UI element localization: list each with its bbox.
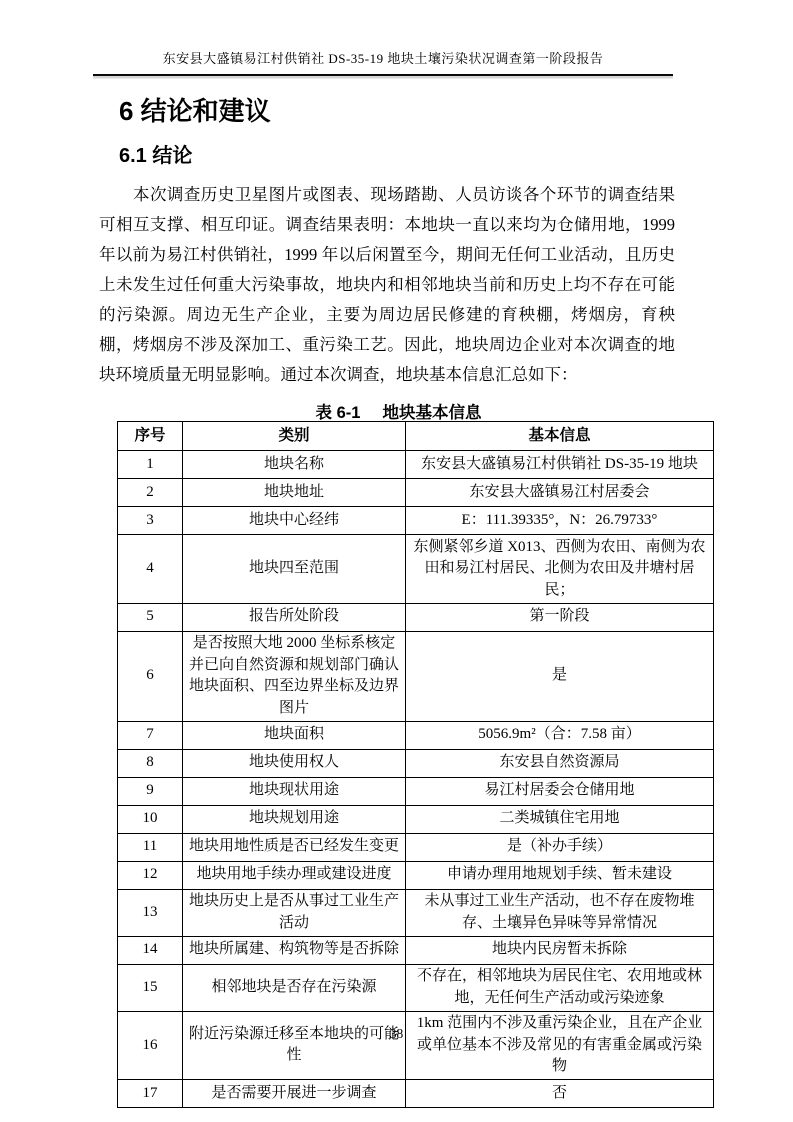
cell-category: 相邻地块是否存在污染源 — [183, 964, 406, 1011]
cell-index: 4 — [118, 535, 183, 604]
table-row: 4地块四至范围东侧紧邻乡道 X013、西侧为农田、南侧为农田和易江村居民、北侧为… — [118, 535, 714, 604]
table-row: 3地块中心经纬E：111.39335°，N：26.79733° — [118, 507, 714, 535]
table-row: 8地块使用权人东安县自然资源局 — [118, 749, 714, 777]
cell-index: 3 — [118, 507, 183, 535]
table-row: 11地块用地性质是否已经发生变更是（补办手续） — [118, 833, 714, 861]
table-caption-title: 地块基本信息 — [382, 404, 481, 422]
cell-info: 二类城镇住宅用地 — [406, 805, 714, 833]
cell-index: 1 — [118, 451, 183, 479]
cell-info: 否 — [406, 1080, 714, 1108]
cell-category: 地块四至范围 — [183, 535, 406, 604]
cell-category: 地块用地性质是否已经发生变更 — [183, 833, 406, 861]
cell-index: 10 — [118, 805, 183, 833]
table-row: 5报告所处阶段第一阶段 — [118, 603, 714, 631]
table-row: 13地块历史上是否从事过工业生产活动未从事过工业生产活动，也不存在废物堆存、土壤… — [118, 889, 714, 936]
cell-index: 12 — [118, 861, 183, 889]
table-row: 10地块规划用途二类城镇住宅用地 — [118, 805, 714, 833]
table-row: 15相邻地块是否存在污染源不存在，相邻地块为居民住宅、农用地或林地，无任何生产活… — [118, 964, 714, 1011]
cell-index: 2 — [118, 479, 183, 507]
cell-index: 14 — [118, 936, 183, 964]
table-row: 2地块地址东安县大盛镇易江村居委会 — [118, 479, 714, 507]
cell-index: 5 — [118, 603, 183, 631]
running-header-text: 东安县大盛镇易江村供销社 DS-35-19 地块土壤污染状况调查第一阶段报告 — [163, 51, 604, 66]
cell-category: 地块中心经纬 — [183, 507, 406, 535]
cell-info: 东侧紧邻乡道 X013、西侧为农田、南侧为农田和易江村居民、北侧为农田及井塘村居… — [406, 535, 714, 604]
cell-info: 东安县大盛镇易江村居委会 — [406, 479, 714, 507]
table-row: 17是否需要开展进一步调查否 — [118, 1080, 714, 1108]
table-row: 6是否按照大地 2000 坐标系核定并已向自然资源和规划部门确认地块面积、四至边… — [118, 631, 714, 721]
cell-category: 地块所属建、构筑物等是否拆除 — [183, 936, 406, 964]
cell-index: 8 — [118, 749, 183, 777]
cell-index: 9 — [118, 777, 183, 805]
table-row: 12地块用地手续办理或建设进度申请办理用地规划手续、暂未建设 — [118, 861, 714, 889]
cell-category: 是否按照大地 2000 坐标系核定并已向自然资源和规划部门确认地块面积、四至边界… — [183, 631, 406, 721]
cell-category: 附近污染源迁移至本地块的可能性 — [183, 1011, 406, 1080]
cell-info: 是（补办手续） — [406, 833, 714, 861]
cell-info: 未从事过工业生产活动，也不存在废物堆存、土壤异色异味等异常情况 — [406, 889, 714, 936]
cell-info: 易江村居委会仓储用地 — [406, 777, 714, 805]
cell-index: 7 — [118, 721, 183, 749]
cell-index: 6 — [118, 631, 183, 721]
cell-info: 1km 范围内不涉及重污染企业，且在产企业或单位基本不涉及常见的有害重金属或污染… — [406, 1011, 714, 1080]
document-page: 东安县大盛镇易江村供销社 DS-35-19 地块土壤污染状况调查第一阶段报告 6… — [0, 0, 793, 1122]
header-cell-index: 序号 — [118, 422, 183, 451]
table-row: 16附近污染源迁移至本地块的可能性1km 范围内不涉及重污染企业，且在产企业或单… — [118, 1011, 714, 1080]
cell-info: 是 — [406, 631, 714, 721]
cell-category: 地块历史上是否从事过工业生产活动 — [183, 889, 406, 936]
cell-index: 11 — [118, 833, 183, 861]
section-heading: 6.1 结论 — [119, 142, 675, 170]
cell-info: 东安县自然资源局 — [406, 749, 714, 777]
cell-category: 地块名称 — [183, 451, 406, 479]
cell-info: 地块内民房暂未拆除 — [406, 936, 714, 964]
cell-info: 东安县大盛镇易江村供销社 DS-35-19 地块 — [406, 451, 714, 479]
table-caption-label: 表 6-1 — [316, 404, 361, 422]
running-header: 东安县大盛镇易江村供销社 DS-35-19 地块土壤污染状况调查第一阶段报告 — [93, 48, 673, 76]
chapter-heading: 6 结论和建议 — [119, 94, 675, 128]
cell-index: 16 — [118, 1011, 183, 1080]
cell-category: 地块规划用途 — [183, 805, 406, 833]
body-paragraph: 本次调查历史卫星图片或图表、现场踏勘、人员访谈各个环节的调查结果可相互支撑、相互… — [99, 180, 675, 390]
cell-category: 地块面积 — [183, 721, 406, 749]
cell-category: 地块现状用途 — [183, 777, 406, 805]
cell-category: 地块使用权人 — [183, 749, 406, 777]
table-row: 9地块现状用途易江村居委会仓储用地 — [118, 777, 714, 805]
cell-category: 地块地址 — [183, 479, 406, 507]
cell-category: 地块用地手续办理或建设进度 — [183, 861, 406, 889]
header-cell-info: 基本信息 — [406, 422, 714, 451]
cell-info: 不存在，相邻地块为居民住宅、农用地或林地，无任何生产活动或污染迹象 — [406, 964, 714, 1011]
table-caption: 表 6-1地块基本信息 — [117, 399, 680, 423]
cell-info: 5056.9m²（合：7.58 亩） — [406, 721, 714, 749]
table-row: 14地块所属建、构筑物等是否拆除地块内民房暂未拆除 — [118, 936, 714, 964]
table-header-row: 序号 类别 基本信息 — [118, 422, 714, 451]
cell-category: 报告所处阶段 — [183, 603, 406, 631]
header-cell-category: 类别 — [183, 422, 406, 451]
cell-info: 第一阶段 — [406, 603, 714, 631]
site-info-table: 序号 类别 基本信息 1地块名称东安县大盛镇易江村供销社 DS-35-19 地块… — [117, 421, 714, 1108]
cell-info: E：111.39335°，N：26.79733° — [406, 507, 714, 535]
table-body: 1地块名称东安县大盛镇易江村供销社 DS-35-19 地块2地块地址东安县大盛镇… — [118, 451, 714, 1108]
cell-index: 15 — [118, 964, 183, 1011]
table-row: 1地块名称东安县大盛镇易江村供销社 DS-35-19 地块 — [118, 451, 714, 479]
table-row: 7地块面积5056.9m²（合：7.58 亩） — [118, 721, 714, 749]
cell-index: 13 — [118, 889, 183, 936]
cell-index: 17 — [118, 1080, 183, 1108]
cell-category: 是否需要开展进一步调查 — [183, 1080, 406, 1108]
cell-info: 申请办理用地规划手续、暂未建设 — [406, 861, 714, 889]
page-number: 38 — [0, 1026, 793, 1042]
